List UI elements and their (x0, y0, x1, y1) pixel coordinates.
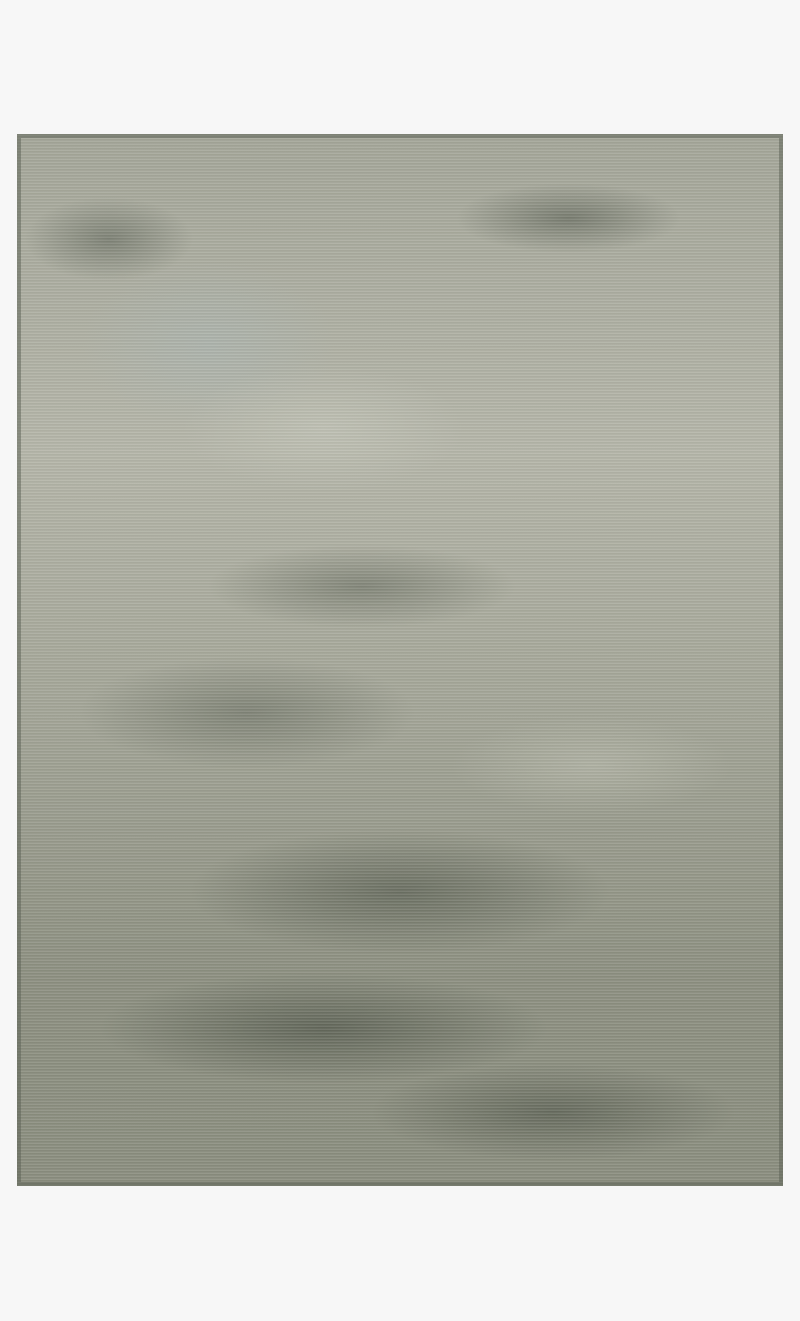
rug-image (17, 134, 783, 1186)
